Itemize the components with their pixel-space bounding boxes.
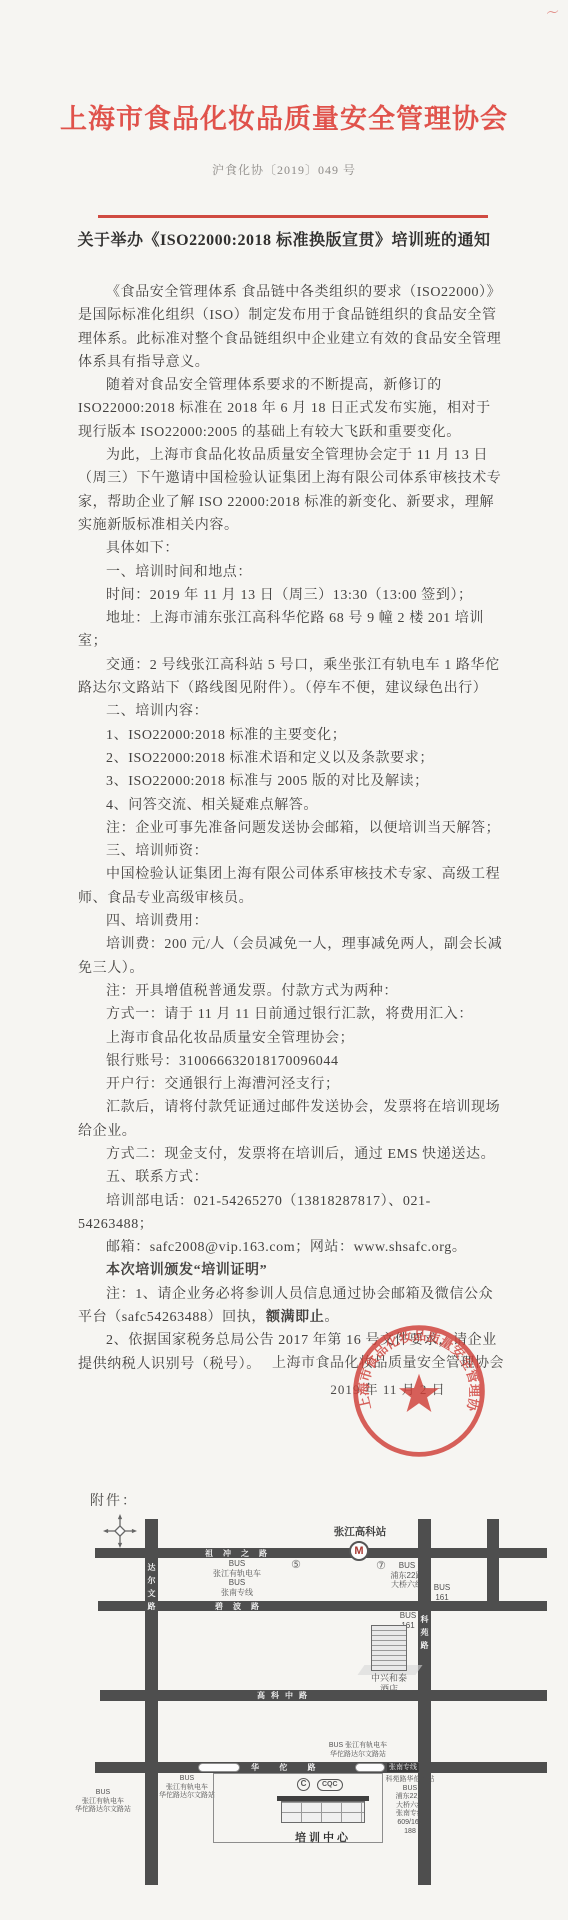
keyuan-stop-cluster-label: 科苑路华佗路站 BUS 浦东22路 大桥六线 张南专线 609/161 188 [381,1776,439,1836]
body-paragraph: 五、联系方式： [78,1166,504,1189]
tram-stop-label-east: BUS 张江有轨电车 华佗路达尔文路站 [313,1742,403,1759]
training-center-building-icon [281,1801,365,1823]
bus-161-label-a: BUS 161 [427,1583,457,1602]
route-map: 祖冲之路 碧波路 高科中路 华 佗 路 达尔文路 科苑路 张江高科站 M ⑤ ⑦… [65,1515,547,1887]
signature-block: 上海市食品化妆品质量安全管理协会 2019 年 11 月 2 日 [264,1352,512,1398]
body-paragraph: 培训费：200 元/人（会员减免一人，理事减免两人，副会长减免三人）。 [78,933,504,980]
road-label-bibo: 碧波路 [215,1602,269,1612]
body-paragraph: 3、ISO22000:2018 标准与 2005 版的对比及解读； [78,770,504,793]
body-paragraph: 为此，上海市食品化妆品质量安全管理协会定于 11 月 13 日（周三）下午邀请中… [78,444,504,537]
body-paragraph: 4、问答交流、相关疑难点解答。 [78,794,504,817]
zhangnan-line-badge: 张南专线 [387,1763,419,1772]
body-paragraph: 注：1、请企业务必将参训人员信息通过协会邮箱及微信公众平台（safc542634… [78,1283,504,1330]
body-paragraph: 银行账号：310066632018170096044 [78,1050,504,1073]
body-paragraph: 培训部电话：021-54265270（13818287817）、021-5426… [78,1190,504,1237]
body-paragraph: 2、ISO22000:2018 标准术语和定义以及条款要求； [78,747,504,770]
body-paragraph: 四、培训费用： [78,910,504,933]
road-label-gaokezhong: 高科中路 [257,1691,313,1701]
body-paragraph: 地址：上海市浦东张江高科华佗路 68 号 9 幢 2 楼 201 培训室； [78,607,504,654]
road-gaokezhong [100,1690,547,1701]
scan-artifact-mark: 〜 [544,1,561,22]
letterhead-red-rule [98,215,488,218]
body-paragraph: 一、培训时间和地点： [78,561,504,584]
body-paragraph: 交通：2 号线张江高科站 5 号口，乘坐张江有轨电车 1 路华佗路达尔文路站下（… [78,654,504,701]
notice-subject-title: 关于举办《ISO22000:2018 标准换版宣贯》培训班的通知 [0,227,568,250]
body-paragraph: 上海市食品化妆品质量安全管理协会； [78,1027,504,1050]
body-paragraph: 随着对食品安全管理体系要求的不断提高，新修订的 ISO22000:2018 标准… [78,374,504,444]
body-paragraph: 《食品安全管理体系 食品链中各类组织的要求（ISO22000）》是国际标准化组织… [78,281,504,374]
document-body: 《食品安全管理体系 食品链中各类组织的要求（ISO22000）》是国际标准化组织… [78,281,504,1376]
bus-lines-ne-label: BUS 浦东22路 大桥六线 [383,1561,431,1590]
attachment-label: 附件： [90,1490,138,1510]
hotel-building-icon [371,1625,407,1671]
body-paragraph: 方式一：请于 11 月 11 日前通过银行汇款，将费用汇入： [78,1003,504,1026]
road-east-stub [487,1519,499,1611]
tram-stop-label-southwest: BUS 张江有轨电车 华佗路达尔文路站 [67,1789,139,1815]
body-paragraph: 邮箱：safc2008@vip.163.com；网站：www.shsafc.or… [78,1236,504,1259]
letterhead-org-title: 上海市食品化妆品质量安全管理协会 [0,97,568,136]
body-paragraph: 注：开具增值税普通发票。付款方式为两种： [78,980,504,1003]
metro-exit-5: ⑤ [291,1560,301,1571]
road-label-huatuo: 华 佗 路 [251,1763,324,1773]
tram-stop-oval-east [355,1763,385,1772]
body-paragraph: 汇款后，请将付款凭证通过邮件发送协会，发票将在培训现场给企业。 [78,1096,504,1143]
body-paragraph: 本次培训颁发“培训证明” [78,1259,504,1282]
body-paragraph: 开户行：交通银行上海漕河泾支行； [78,1073,504,1096]
metro-logo-icon: M [349,1541,369,1561]
body-paragraph: 二、培训内容： [78,700,504,723]
body-paragraph: 方式二：现金支付，发票将在培训后，通过 EMS 快递送达。 [78,1143,504,1166]
road-label-zuchongzhi: 祖冲之路 [205,1549,277,1559]
scanned-training-notice: { "colors": { "accent_red": "#e0524b", "… [0,0,568,1920]
signature-date: 2019 年 11 月 2 日 [264,1379,512,1398]
road-bibo [98,1601,547,1611]
tram-lines-label: BUS 张江有轨电车 BUS 张南专线 [197,1559,277,1597]
road-zuchongzhi [95,1548,547,1558]
document-number: 沪食化协〔2019〕049 号 [0,161,568,178]
training-center-label: 培训中心 [275,1829,371,1845]
body-paragraph: 注：企业可事先准备问题发送协会邮箱，以便培训当天解答； [78,817,504,840]
body-paragraph: 1、ISO22000:2018 标准的主要变化； [78,724,504,747]
compass-icon [103,1514,137,1548]
body-paragraph: 时间：2019 年 11 月 13 日（周三）13:30（13:00 签到）； [78,584,504,607]
body-paragraph: 具体如下： [78,537,504,560]
body-paragraph: 中国检验认证集团上海有限公司体系审核技术专家、高级工程师、食品专业高级审核员。 [78,863,504,910]
body-paragraph: 三、培训师资： [78,840,504,863]
metro-station-label: 张江高科站 [305,1528,415,1538]
tram-stop-oval-west [198,1763,240,1772]
hotel-label: 中兴和泰酒店 [367,1673,411,1694]
c-certification-logo: C [297,1778,310,1791]
signature-org: 上海市食品化妆品质量安全管理协会 [264,1352,512,1372]
road-label-darwin: 达尔文路 [146,1563,156,1615]
cqc-logo: CQC [317,1779,343,1791]
